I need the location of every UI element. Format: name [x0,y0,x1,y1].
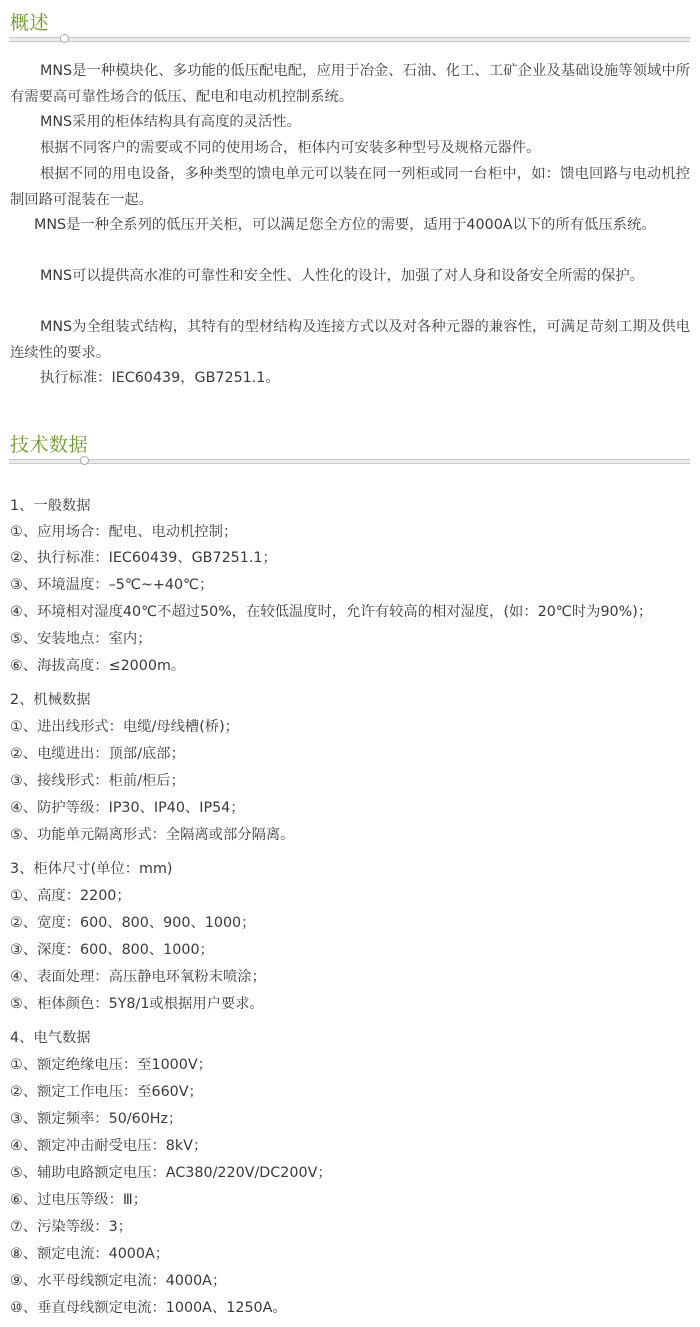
overview-title: 概述 [10,10,49,36]
group-heading: 3、柜体尺寸(单位：mm) [10,860,172,878]
spec-item: ①、额定绝缘电压：至1000V； [10,1056,212,1074]
spec-item: ⑤、辅助电路额定电压：AC380/220V/DC200V； [10,1164,332,1182]
group-heading: 2、机械数据 [10,691,91,709]
spec-item: ③、环境温度：–5℃~+40℃； [10,576,213,594]
overview-paragraph: MNS可以提供高水准的可靠性和安全性、人性化的设计，加强了对人身和设备安全所需的… [10,264,690,290]
spec-item: ⑨、水平母线额定电流：4000A； [10,1272,226,1290]
spec-item: ③、接线形式：柜前/柜后； [10,772,185,790]
spec-item: ④、表面处理：高压静电环氧粉末喷涂； [10,968,266,986]
spec-item: ①、应用场合：配电、电动机控制； [10,523,237,541]
tech-divider [9,459,690,464]
group-heading: 1、一般数据 [10,497,91,515]
spec-item: ③、深度：600、800、1000； [10,941,214,959]
spec-item: ⑦、污染等级：3； [10,1218,132,1236]
spec-item: ⑤、功能单元隔离形式：全隔离或部分隔离。 [10,826,294,844]
divider-knob-icon [80,456,89,465]
overview-paragraph: MNS是一种全系列的低压开关柜，可以满足您全方位的需要，适用于4000A以下的所… [10,213,690,239]
tech-title: 技术数据 [10,432,88,458]
overview-paragraph: MNS是一种模块化、多功能的低压配电配，应用于冶金、石油、化工、工矿企业及基础设… [10,59,690,110]
spec-item: ①、高度：2200； [10,887,131,905]
spec-item: ⑥、过电压等级：Ⅲ； [10,1191,147,1209]
spec-item: ⑥、海拔高度：≤2000m。 [10,657,185,675]
overview-paragraph: MNS采用的柜体结构具有高度的灵活性。 [10,110,690,136]
spec-item: ②、电缆进出：顶部/底部； [10,745,185,763]
overview-paragraph: 根据不同客户的需要或不同的使用场合，柜体内可安装多种型号及规格元器件。 [10,136,690,162]
spec-item: ④、防护等级：IP30、IP40、IP54； [10,799,245,817]
spec-item: ②、额定工作电压：至660V； [10,1083,203,1101]
overview-header: 概述 [9,10,690,50]
overview-paragraph: MNS为全组装式结构，其特有的型材结构及连接方式以及对各种元器的兼容性，可满足苛… [10,315,690,366]
overview-divider [9,37,690,42]
spec-item: ⑤、安装地点：室内； [10,630,152,648]
spec-item: ⑧、额定电流：4000A； [10,1245,169,1263]
spec-item: ④、环境相对湿度40℃不超过50%，在较低温度时，允许有较高的相对湿度，(如：2… [10,603,652,621]
overview-paragraph: 根据不同的用电设备，多种类型的馈电单元可以装在同一列柜或同一台柜中，如：馈电回路… [10,162,690,213]
spec-item: ③、额定频率：50/60Hz； [10,1110,182,1128]
spec-item: ④、额定冲击耐受电压：8kV； [10,1137,207,1155]
divider-knob-icon [60,34,69,43]
spec-item: ①、进出线形式：电缆/母线槽(桥)； [10,718,239,736]
group-heading: 4、电气数据 [10,1029,91,1047]
overview-paragraph: 执行标准：IEC60439，GB7251.1。 [10,366,690,392]
spec-item: ⑤、柜体颜色：5Y8/1或根据用户要求。 [10,995,264,1013]
spec-item: ②、执行标准：IEC60439、GB7251.1； [10,549,277,567]
spec-item: ⑩、垂直母线额定电流：1000A、1250A。 [10,1299,287,1317]
spec-item: ②、宽度：600、800、900、1000； [10,914,255,932]
tech-header: 技术数据 [9,432,690,472]
